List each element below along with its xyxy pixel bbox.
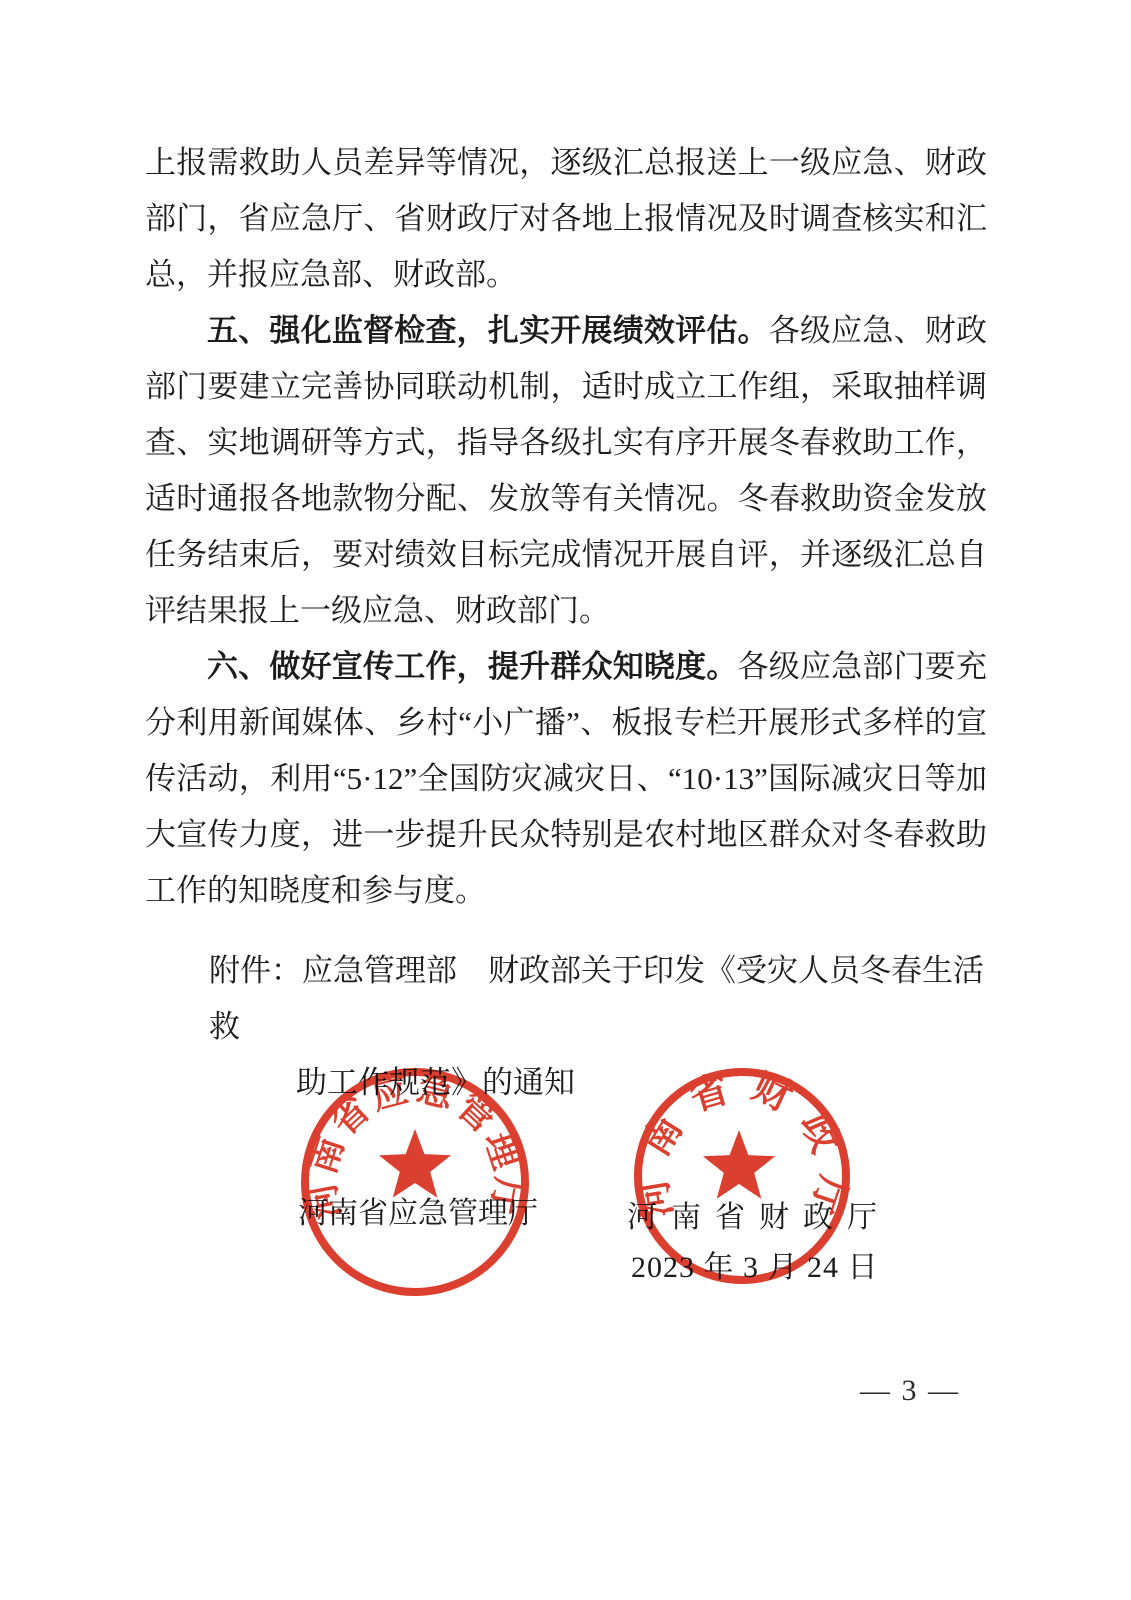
attachment-line-1: 附件：应急管理部 财政部关于印发《受灾人员冬春生活救 — [145, 943, 987, 1055]
attachment-note: 附件：应急管理部 财政部关于印发《受灾人员冬春生活救 助工作规范》的通知 — [145, 943, 987, 1111]
document-page: 上报需救助人员差异等情况，逐级汇总报送上一级应急、财政部门，省应急厅、省财政厅对… — [0, 0, 1131, 1600]
star-icon — [379, 1129, 451, 1198]
seal-finance-dept: 河南省财政厅 — [630, 1064, 854, 1288]
section-5-body: 各级应急、财政部门要建立完善协同联动机制，适时成立工作组，采取抽样调查、实地调研… — [145, 313, 987, 628]
seal-emergency-dept: 河南省应急管理厅 — [297, 1064, 533, 1300]
paragraph-section-6: 六、做好宣传工作，提升群众知晓度。各级应急部门要充分利用新闻媒体、乡村“小广播”… — [145, 639, 987, 919]
body-text: 上报需救助人员差异等情况，逐级汇总报送上一级应急、财政部门，省应急厅、省财政厅对… — [145, 135, 987, 1111]
paragraph-continuation: 上报需救助人员差异等情况，逐级汇总报送上一级应急、财政部门，省应急厅、省财政厅对… — [145, 135, 987, 303]
star-icon — [703, 1130, 775, 1199]
section-6-heading: 六、做好宣传工作，提升群众知晓度。 — [207, 649, 738, 684]
section-6-body: 各级应急部门要充分利用新闻媒体、乡村“小广播”、板报专栏开展形式多样的宣传活动，… — [145, 649, 987, 908]
page-number: — 3 — — [840, 1374, 980, 1408]
attachment-line-2: 助工作规范》的通知 — [145, 1055, 987, 1111]
section-5-heading: 五、强化监督检查，扎实开展绩效评估。 — [207, 313, 769, 348]
paragraph-section-5: 五、强化监督检查，扎实开展绩效评估。各级应急、财政部门要建立完善协同联动机制，适… — [145, 303, 987, 639]
